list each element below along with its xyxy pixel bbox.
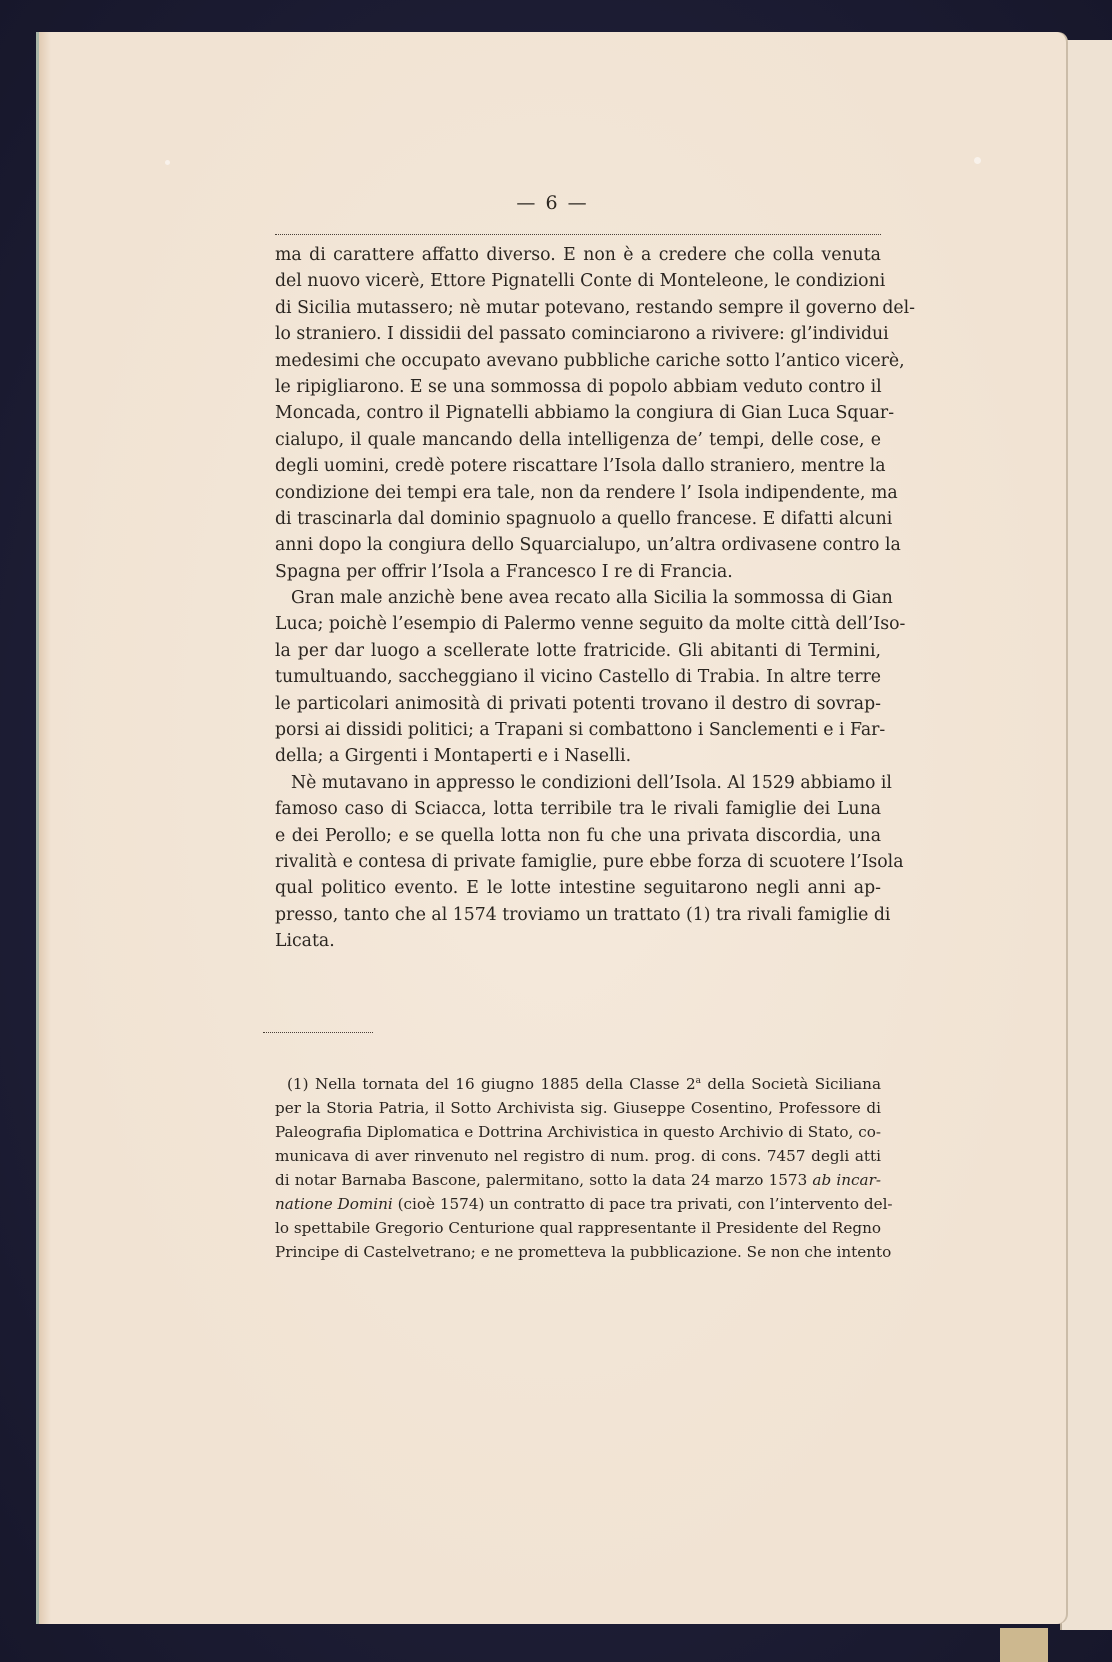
body-line: di trascinarla dal dominio spagnuolo a q… bbox=[275, 506, 881, 532]
footnote-line: Principe di Castelvetrano; e ne promette… bbox=[275, 1240, 881, 1264]
book-page: — 6 — ma di carattere affatto diverso. E… bbox=[36, 32, 1066, 1624]
latin-phrase: natione Domini bbox=[275, 1195, 393, 1213]
footnote: (1) Nella tornata del 16 giugno 1885 del… bbox=[275, 1072, 881, 1264]
body-line: Nè mutavano in appresso le condizioni de… bbox=[275, 770, 881, 796]
body-line: Licata. bbox=[275, 928, 881, 954]
footnote-line: municava di aver rinvenuto nel registro … bbox=[275, 1144, 881, 1168]
footnote-line: natione Domini (cioè 1574) un contratto … bbox=[275, 1192, 881, 1216]
body-line: anni dopo la congiura dello Squarcialupo… bbox=[275, 532, 881, 558]
footnote-line: (1) Nella tornata del 16 giugno 1885 del… bbox=[275, 1072, 881, 1096]
header-rule bbox=[275, 234, 881, 235]
footnote-line: lo spettabile Gregorio Centurione qual r… bbox=[275, 1216, 881, 1240]
latin-phrase: ab incar- bbox=[812, 1171, 881, 1189]
paper-speck bbox=[165, 160, 170, 165]
binding-stub bbox=[1000, 1628, 1048, 1662]
body-line: Luca; poichè l’esempio di Palermo venne … bbox=[275, 611, 881, 637]
body-line: medesimi che occupato avevano pubbliche … bbox=[275, 348, 881, 374]
body-line: le particolari animosità di privati pote… bbox=[275, 691, 881, 717]
body-line: Moncada, contro il Pignatelli abbiamo la… bbox=[275, 400, 881, 426]
footnote-line: per la Storia Patria, il Sotto Archivist… bbox=[275, 1096, 881, 1120]
body-line: lo straniero. I dissidii del passato com… bbox=[275, 321, 881, 347]
body-line: cialupo, il quale mancando della intelli… bbox=[275, 427, 881, 453]
body-line: ma di carattere affatto diverso. E non è… bbox=[275, 242, 881, 268]
body-line: le ripigliarono. E se una sommossa di po… bbox=[275, 374, 881, 400]
body-text: ma di carattere affatto diverso. E non è… bbox=[275, 242, 881, 955]
body-line: Gran male anzichè bene avea recato alla … bbox=[275, 585, 881, 611]
body-line: tumultuando, saccheggiano il vicino Cast… bbox=[275, 664, 881, 690]
body-line: degli uomini, credè potere riscattare l’… bbox=[275, 453, 881, 479]
footnote-line: di notar Barnaba Bascone, palermitano, s… bbox=[275, 1168, 881, 1192]
body-line: e dei Perollo; e se quella lotta non fu … bbox=[275, 823, 881, 849]
body-line: rivalità e contesa di private famiglie, … bbox=[275, 849, 881, 875]
body-line: della; a Girgenti i Montaperti e i Nasel… bbox=[275, 743, 881, 769]
body-line: Spagna per offrir l’Isola a Francesco I … bbox=[275, 559, 881, 585]
body-line: la per dar luogo a scellerate lotte frat… bbox=[275, 638, 881, 664]
body-line: qual politico evento. E le lotte intesti… bbox=[275, 875, 881, 901]
body-line: di Sicilia mutassero; nè mutar potevano,… bbox=[275, 295, 881, 321]
body-line: porsi ai dissidi politici; a Trapani si … bbox=[275, 717, 881, 743]
footnote-rule bbox=[263, 1032, 373, 1033]
adjacent-page-edge bbox=[1060, 40, 1112, 1630]
body-line: del nuovo vicerè, Ettore Pignatelli Cont… bbox=[275, 268, 881, 294]
body-line: condizione dei tempi era tale, non da re… bbox=[275, 480, 881, 506]
body-line: presso, tanto che al 1574 troviamo un tr… bbox=[275, 902, 881, 928]
footnote-marker: (1) bbox=[287, 1075, 309, 1093]
paper-speck bbox=[974, 157, 981, 164]
page-number: — 6 — bbox=[39, 192, 1066, 214]
footnote-line: Paleografia Diplomatica e Dottrina Archi… bbox=[275, 1120, 881, 1144]
body-line: famoso caso di Sciacca, lotta terribile … bbox=[275, 796, 881, 822]
